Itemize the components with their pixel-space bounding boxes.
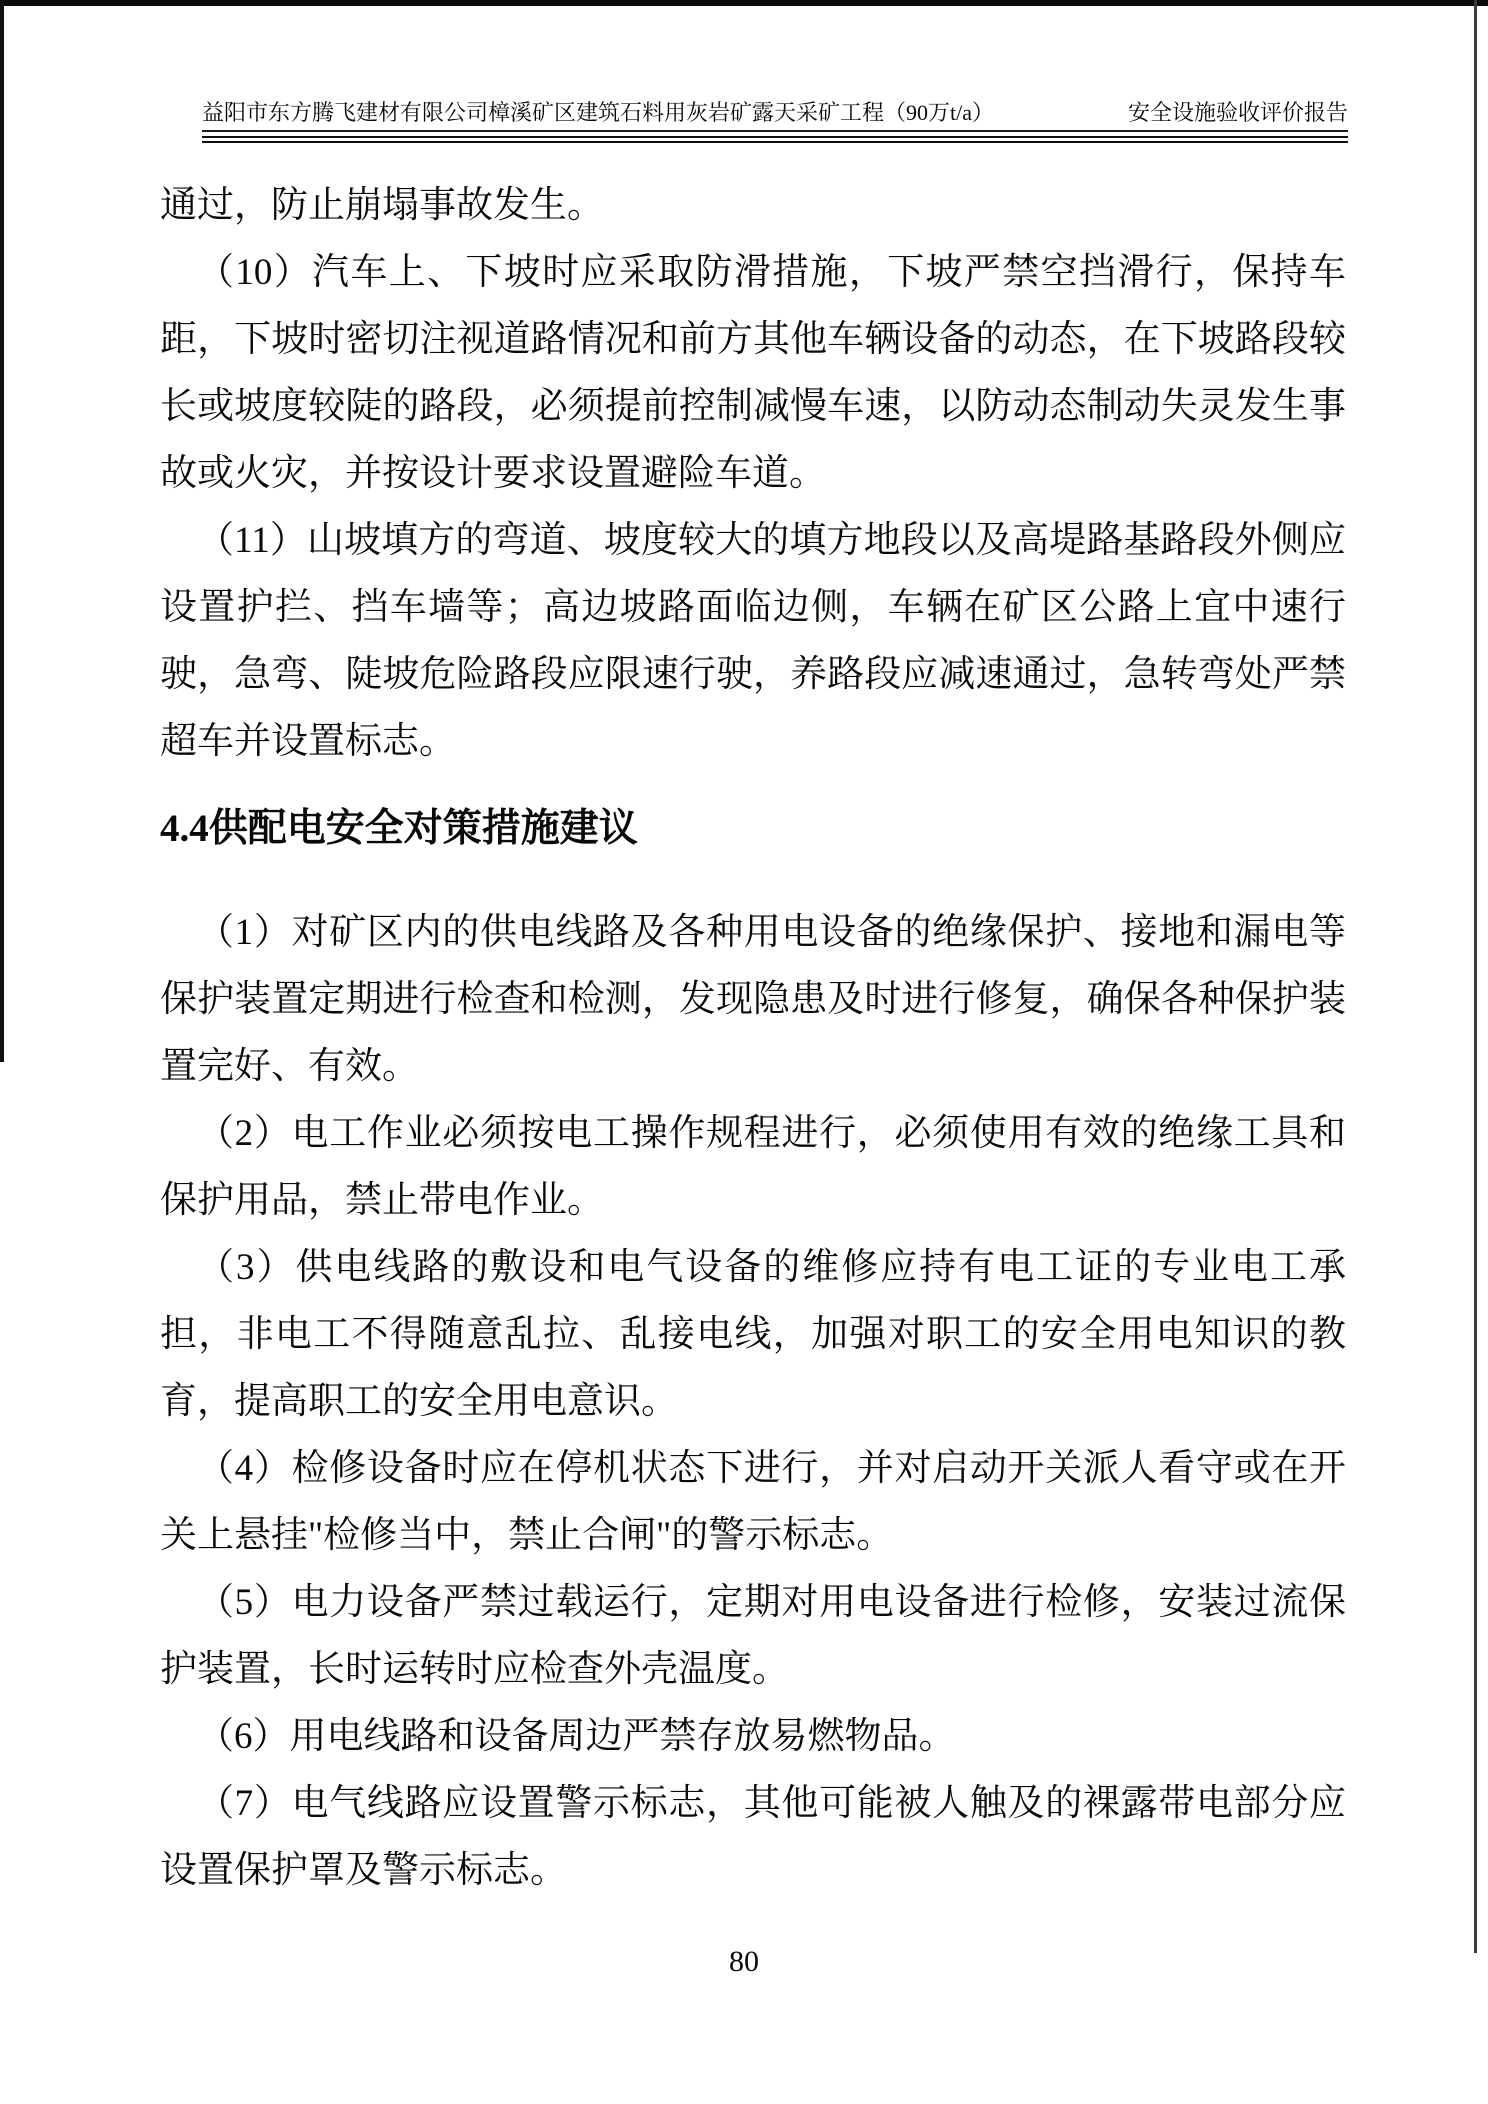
paragraph-item-7: （7）电气线路应设置警示标志，其他可能被人触及的裸露带电部分应设置保护罩及警示标… — [160, 1770, 1346, 1904]
header-double-rule — [202, 136, 1348, 143]
scan-artifact-right-edge — [1474, 0, 1477, 1953]
page-number: 80 — [0, 1942, 1488, 1982]
header-project-title: 益阳市东方腾飞建材有限公司樟溪矿区建筑石料用灰岩矿露天采矿工程（90万t/a） — [202, 98, 994, 128]
paragraph-item-10: （10）汽车上、下坡时应采取防滑措施，下坡严禁空挡滑行，保持车距，下坡时密切注视… — [160, 239, 1346, 507]
scan-artifact-left-edge — [0, 0, 4, 1062]
section-heading-4-4: 4.4供配电安全对策措施建议 — [160, 801, 1346, 857]
paragraph-item-5: （5）电力设备严禁过载运行，定期对用电设备进行检修，安装过流保护装置，长时运转时… — [160, 1569, 1346, 1703]
paragraph-continuation: 通过，防止崩塌事故发生。 — [160, 172, 1346, 239]
paragraph-item-3: （3）供电线路的敷设和电气设备的维修应持有电工证的专业电工承担，非电工不得随意乱… — [160, 1234, 1346, 1435]
header-report-title: 安全设施验收评价报告 — [1128, 98, 1348, 128]
document-body: 通过，防止崩塌事故发生。 （10）汽车上、下坡时应采取防滑措施，下坡严禁空挡滑行… — [160, 172, 1346, 1904]
paragraph-item-2: （2）电工作业必须按电工操作规程进行，必须使用有效的绝缘工具和保护用品，禁止带电… — [160, 1100, 1346, 1234]
scan-artifact-top-edge — [0, 0, 1488, 6]
paragraph-item-4: （4）检修设备时应在停机状态下进行，并对启动开关派人看守或在开关上悬挂"检修当中… — [160, 1435, 1346, 1569]
paragraph-item-11: （11）山坡填方的弯道、坡度较大的填方地段以及高堤路基路段外侧应设置护拦、挡车墙… — [160, 507, 1346, 775]
paragraph-item-6: （6）用电线路和设备周边严禁存放易燃物品。 — [160, 1703, 1346, 1770]
page-header: 益阳市东方腾飞建材有限公司樟溪矿区建筑石料用灰岩矿露天采矿工程（90万t/a） … — [202, 98, 1348, 143]
page-header-line: 益阳市东方腾飞建材有限公司樟溪矿区建筑石料用灰岩矿露天采矿工程（90万t/a） … — [202, 98, 1348, 132]
paragraph-item-1: （1）对矿区内的供电线路及各种用电设备的绝缘保护、接地和漏电等保护装置定期进行检… — [160, 899, 1346, 1100]
document-page: 益阳市东方腾飞建材有限公司樟溪矿区建筑石料用灰岩矿露天采矿工程（90万t/a） … — [0, 0, 1488, 2104]
